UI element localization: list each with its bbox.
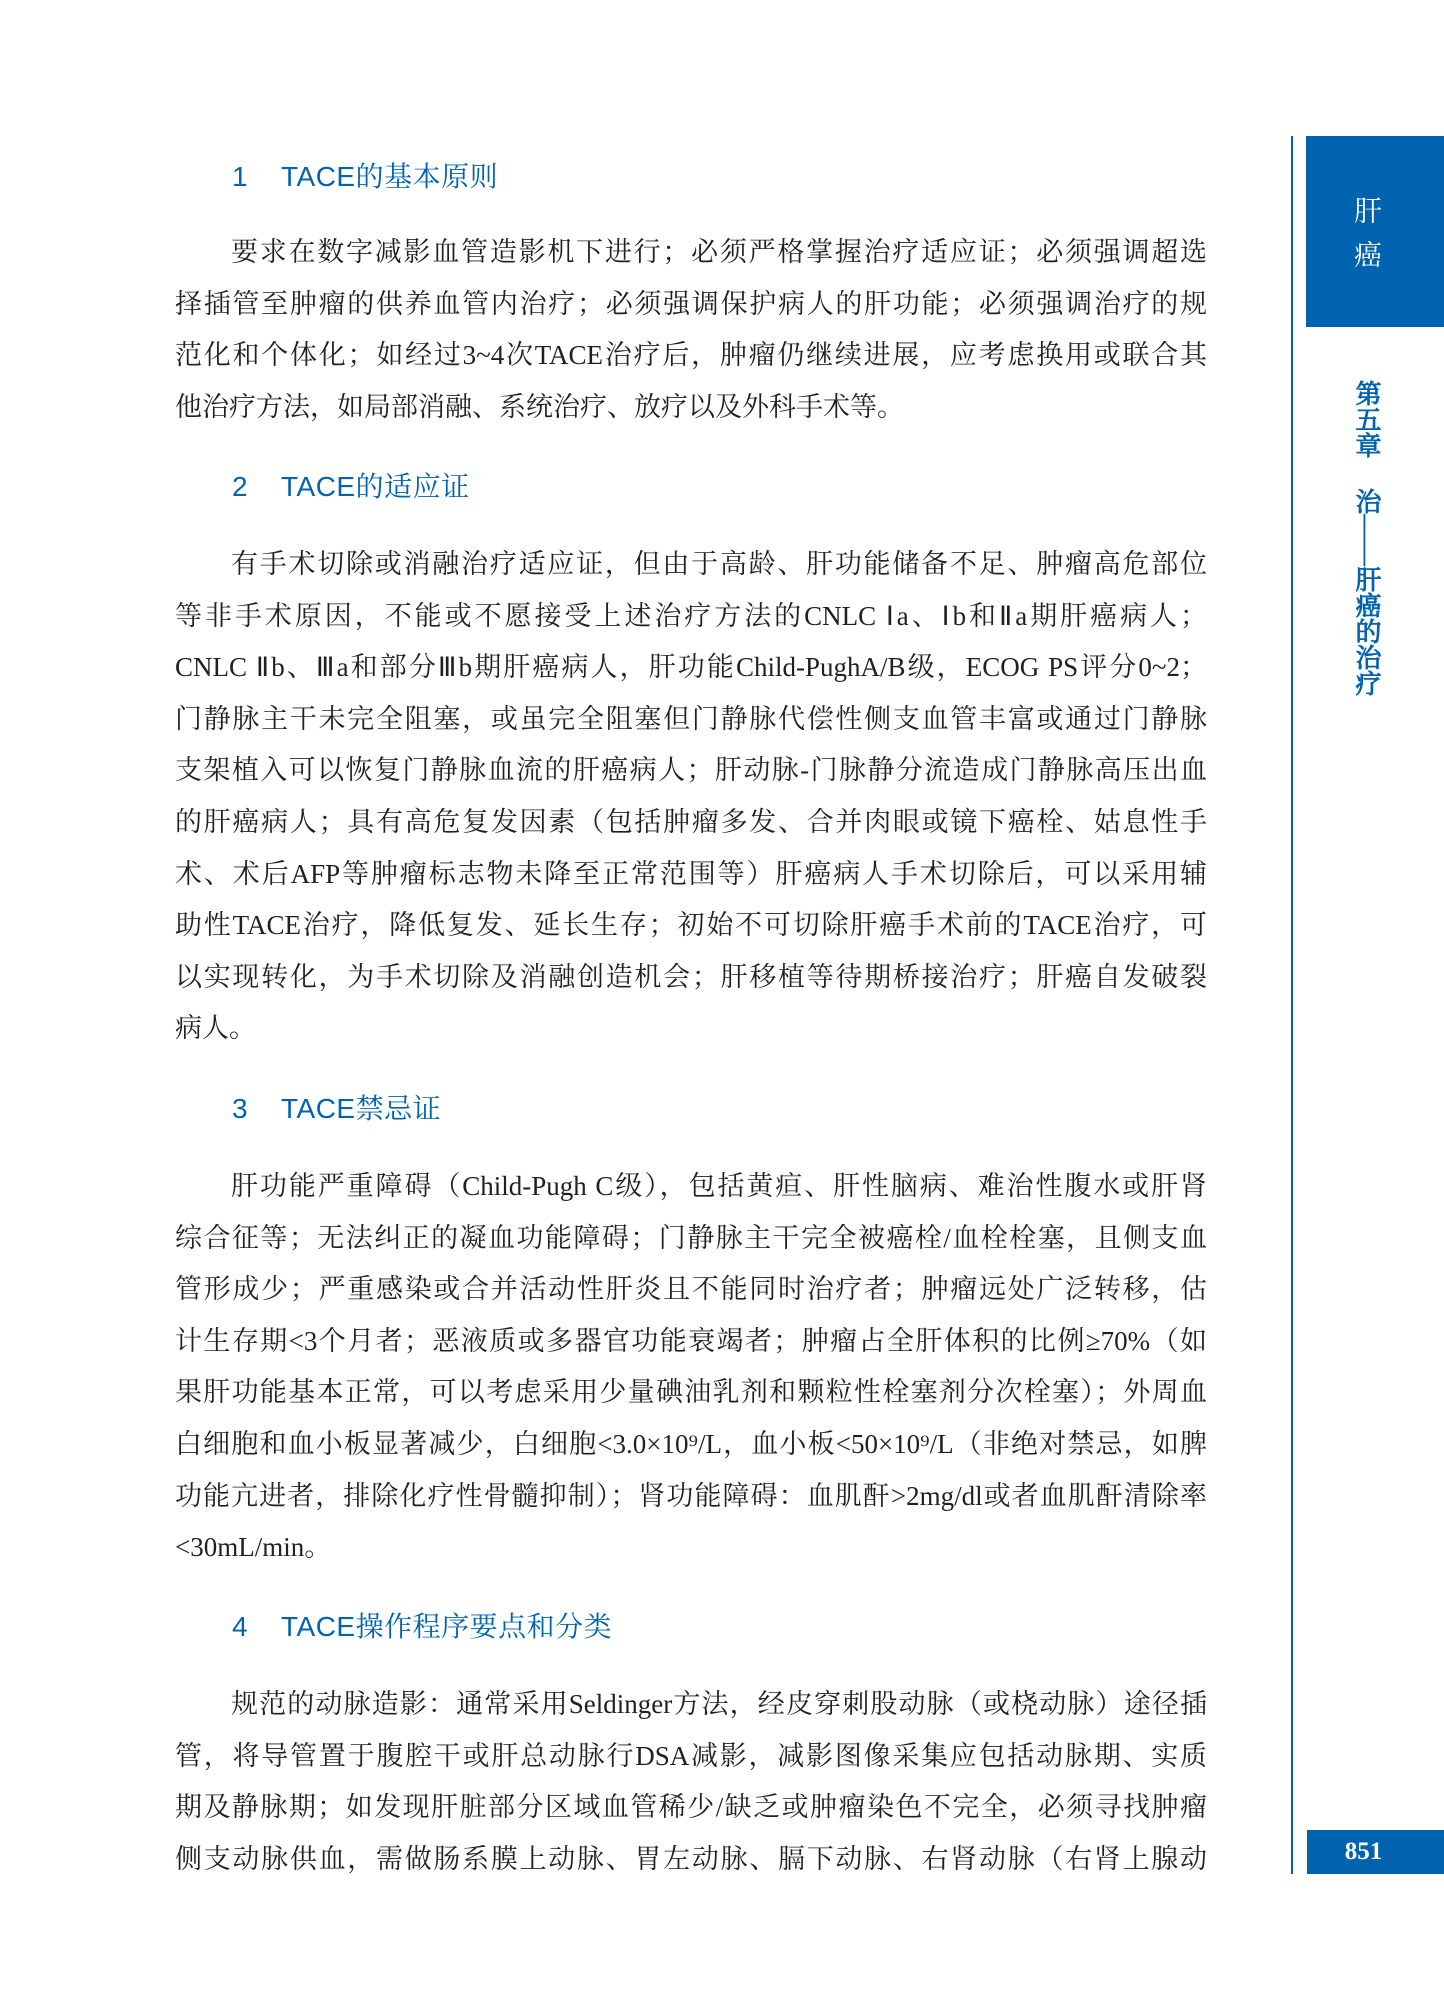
- paragraph-line: <30mL/min。: [175, 1522, 1207, 1574]
- paragraph-line: 果肝功能基本正常，可以考虑采用少量碘油乳剂和颗粒性栓塞剂分次栓塞）；外周血: [175, 1367, 1207, 1419]
- section-number: 1: [232, 151, 248, 203]
- paragraph-line: 等非手术原因，不能或不愿接受上述治疗方法的CNLC Ⅰa、Ⅰb和Ⅱa期肝癌病人；: [175, 591, 1207, 643]
- section-number: 4: [232, 1601, 248, 1653]
- section-heading: 1 TACE的基本原则: [0, 151, 1200, 203]
- paragraph-line: 综合征等；无法纠正的凝血功能障碍；门静脉主干完全被癌栓/血栓栓塞，且侧支血: [175, 1213, 1207, 1265]
- paragraph-line: 以实现转化，为手术切除及消融创造机会；肝移植等待期桥接治疗；肝癌自发破裂: [175, 952, 1207, 1004]
- paragraph: 有手术切除或消融治疗适应证，但由于高龄、肝功能储备不足、肿瘤高危部位 等非手术原…: [175, 539, 1207, 1055]
- paragraph: 规范的动脉造影：通常采用Seldinger方法，经皮穿刺股动脉（或桡动脉）途径插…: [175, 1679, 1207, 1885]
- paragraph-line: 病人。: [175, 1003, 1207, 1055]
- section-title: TACE的适应证: [281, 461, 470, 513]
- paragraph-line: 功能亢进者，排除化疗性骨髓抑制）；肾功能障碍：血肌酐>2mg/dl或者血肌酐清除…: [175, 1471, 1207, 1523]
- page-number-box: 851: [1307, 1830, 1444, 1874]
- section-heading: 3 TACE禁忌证: [0, 1083, 1200, 1135]
- chapter-title: 治——肝癌的治疗: [1352, 488, 1380, 696]
- chapter-number: 第五章: [1352, 380, 1380, 458]
- paragraph-line: 管，将导管置于腹腔干或肝总动脉行DSA减影，减影图像采集应包括动脉期、实质: [175, 1731, 1207, 1783]
- chapter-tab-label: 肝癌: [1351, 196, 1381, 284]
- paragraph: 要求在数字减影血管造影机下进行；必须严格掌握治疗适应证；必须强调超选 择插管至肿…: [175, 227, 1207, 433]
- paragraph-line: 术、术后AFP等肿瘤标志物未降至正常范围等）肝癌病人手术切除后，可以采用辅: [175, 849, 1207, 901]
- paragraph-line: 侧支动脉供血，需做肠系膜上动脉、胃左动脉、膈下动脉、右肾动脉（右肾上腺动: [175, 1834, 1207, 1886]
- section-title: TACE操作程序要点和分类: [281, 1601, 612, 1653]
- paragraph: 肝功能严重障碍（Child-Pugh C级），包括黄疸、肝性脑病、难治性腹水或肝…: [175, 1161, 1207, 1574]
- section-heading: 4 TACE操作程序要点和分类: [0, 1601, 1200, 1653]
- paragraph-line: 有手术切除或消融治疗适应证，但由于高龄、肝功能储备不足、肿瘤高危部位: [175, 539, 1207, 591]
- paragraph-line: 的肝癌病人；具有高危复发因素（包括肿瘤多发、合并肉眼或镜下癌栓、姑息性手: [175, 797, 1207, 849]
- paragraph-line: 范化和个体化；如经过3~4次TACE治疗后，肿瘤仍继续进展，应考虑换用或联合其: [175, 330, 1207, 382]
- paragraph-line: 肝功能严重障碍（Child-Pugh C级），包括黄疸、肝性脑病、难治性腹水或肝…: [175, 1161, 1207, 1213]
- paragraph-line: 要求在数字减影血管造影机下进行；必须严格掌握治疗适应证；必须强调超选: [175, 227, 1207, 279]
- paragraph-line: 他治疗方法，如局部消融、系统治疗、放疗以及外科手术等。: [175, 382, 1207, 434]
- book-page: 1 TACE的基本原则 要求在数字减影血管造影机下进行；必须严格掌握治疗适应证；…: [0, 0, 1444, 2010]
- paragraph-line: 规范的动脉造影：通常采用Seldinger方法，经皮穿刺股动脉（或桡动脉）途径插: [175, 1679, 1207, 1731]
- paragraph-line: 计生存期<3个月者；恶液质或多器官功能衰竭者；肿瘤占全肝体积的比例≥70%（如: [175, 1316, 1207, 1368]
- paragraph-line: 期及静脉期；如发现肝脏部分区域血管稀少/缺乏或肿瘤染色不完全，必须寻找肿瘤: [175, 1782, 1207, 1834]
- paragraph-line: 门静脉主干未完全阻塞，或虽完全阻塞但门静脉代偿性侧支血管丰富或通过门静脉: [175, 694, 1207, 746]
- paragraph-line: 支架植入可以恢复门静脉血流的肝癌病人；肝动脉-门脉静分流造成门静脉高压出血: [175, 745, 1207, 797]
- paragraph-line: 助性TACE治疗，降低复发、延长生存；初始不可切除肝癌手术前的TACE治疗，可: [175, 900, 1207, 952]
- paragraph-line: CNLC Ⅱb、Ⅲa和部分Ⅲb期肝癌病人，肝功能Child-PughA/B级，E…: [175, 642, 1207, 694]
- paragraph-line: 择插管至肿瘤的供养血管内治疗；必须强调保护病人的肝功能；必须强调治疗的规: [175, 279, 1207, 331]
- section-number: 3: [232, 1083, 248, 1135]
- section-title: TACE禁忌证: [281, 1083, 441, 1135]
- paragraph-line: 管形成少；严重感染或合并活动性肝炎且不能同时治疗者；肿瘤远处广泛转移，估: [175, 1264, 1207, 1316]
- section-heading: 2 TACE的适应证: [0, 461, 1200, 513]
- sidebar-divider-line: [1291, 136, 1293, 1874]
- section-number: 2: [232, 461, 248, 513]
- section-title: TACE的基本原则: [281, 151, 498, 203]
- paragraph-line: 白细胞和血小板显著减少，白细胞<3.0×10⁹/L，血小板<50×10⁹/L（非…: [175, 1419, 1207, 1471]
- page-number: 851: [1307, 1830, 1420, 1874]
